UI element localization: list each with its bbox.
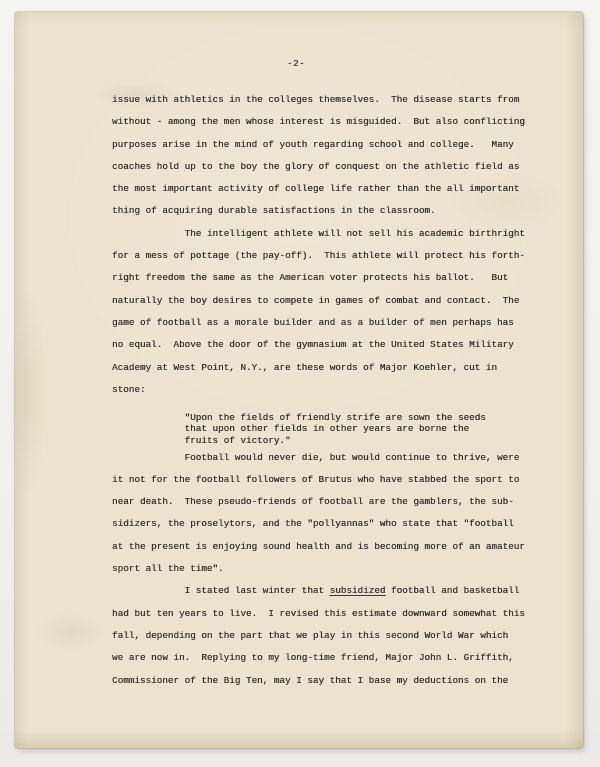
text-line: Football would never die, but would cont…	[112, 447, 564, 469]
text-line: fall, depending on the part that we play…	[112, 625, 564, 647]
document-page: -2- issue with athletics in the colleges…	[15, 12, 583, 748]
text-line: the most important activity of college l…	[112, 178, 564, 200]
text-line: stone:	[112, 379, 564, 401]
text-line: I stated last winter that subsidized foo…	[112, 580, 564, 602]
text-line: sidizers, the proselytors, and the "poll…	[112, 513, 564, 535]
text-line: issue with athletics in the colleges the…	[112, 89, 564, 111]
text-line: it not for the football followers of Bru…	[112, 469, 564, 491]
text-line: Academy at West Point, N.Y., are these w…	[112, 357, 564, 379]
underlined-word: subsidized	[330, 585, 386, 596]
text-line: without - among the men whose interest i…	[112, 111, 564, 133]
text-line: no equal. Above the door of the gymnasiu…	[112, 334, 564, 356]
text-line: we are now in. Replying to my long-time …	[112, 647, 564, 669]
text-line: at the present is enjoying sound health …	[112, 536, 564, 558]
page-number: -2-	[15, 58, 577, 69]
text-line: right freedom the same as the American v…	[112, 267, 564, 289]
text-line: game of football as a morale builder and…	[112, 312, 564, 334]
text-line: naturally the boy desires to compete in …	[112, 290, 564, 312]
text-line: sport all the time".	[112, 558, 564, 580]
text-line: fruits of victory."	[112, 435, 564, 447]
paper-stain-left-edge	[7, 282, 47, 502]
text-line: that upon other fields in other years ar…	[112, 423, 564, 435]
text-line: "Upon the fields of friendly strife are …	[112, 412, 564, 424]
text-line: near death. These pseudo-friends of foot…	[112, 491, 564, 513]
text-line: thing of acquiring durable satisfactions…	[112, 200, 564, 222]
paper-stain-bottom	[35, 612, 105, 652]
text-line: Commissioner of the Big Ten, may I say t…	[112, 670, 564, 692]
text-line: coaches hold up to the boy the glory of …	[112, 156, 564, 178]
scanned-document-backdrop: -2- issue with athletics in the colleges…	[0, 0, 600, 767]
text-line: had but ten years to live. I revised thi…	[112, 603, 564, 625]
text-line: for a mess of pottage (the pay-off). Thi…	[112, 245, 564, 267]
document-text-block: issue with athletics in the colleges the…	[112, 89, 564, 692]
text-line: purposes arise in the mind of youth rega…	[112, 134, 564, 156]
text-line: The intelligent athlete will not sell hi…	[112, 223, 564, 245]
